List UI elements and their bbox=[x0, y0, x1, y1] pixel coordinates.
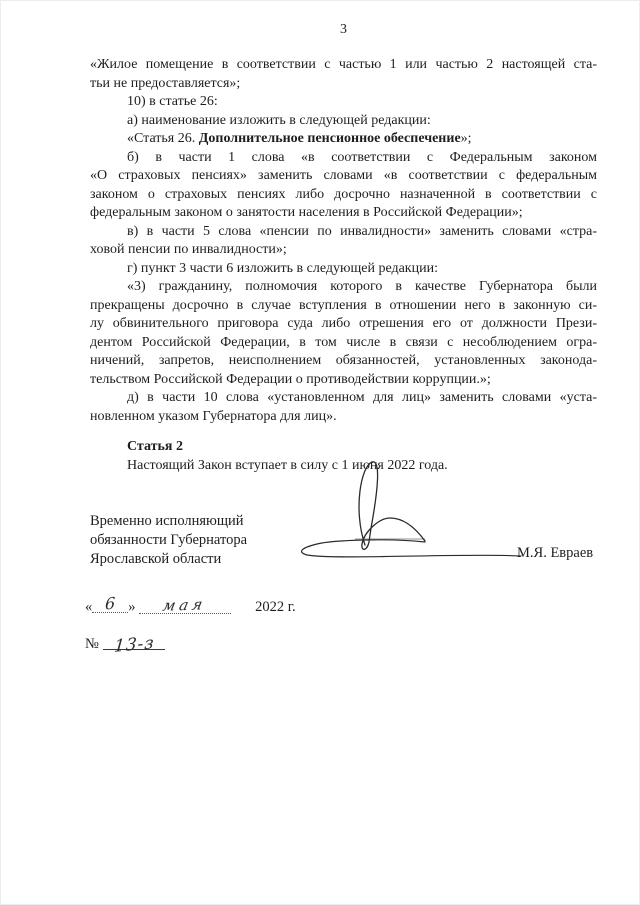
text-line: в) в части 5 слова «пенсии по инвалиднос… bbox=[90, 223, 597, 242]
text-line: «3) гражданину, полномочия которого в ка… bbox=[90, 278, 597, 297]
signature-flourish-stroke bbox=[302, 540, 521, 557]
document-number-line: №13-з bbox=[85, 633, 165, 653]
text-line: новленном указом Губернатора для лиц». bbox=[90, 408, 597, 427]
paragraph: 10) в статье 26: bbox=[90, 93, 597, 112]
text-line: «Статья 26. Дополнительное пенсионное об… bbox=[90, 130, 597, 149]
document-page: 3 «Жилое помещение в соответствии с част… bbox=[0, 0, 640, 905]
number-sign: № bbox=[85, 636, 99, 652]
text-line: тельством Российской Федерации о противо… bbox=[90, 371, 597, 390]
signer-position-block: Временно исполняющий обязанности Губерна… bbox=[90, 512, 247, 569]
text-segment: законом о страховых пенсиях либо досрочн… bbox=[90, 187, 597, 202]
text-segment: тьи не предоставляется»; bbox=[90, 76, 240, 91]
text-segment: в) в части 5 слова «пенсии по инвалиднос… bbox=[127, 224, 597, 239]
handwritten-month: мая bbox=[162, 595, 209, 615]
text-segment: б) в части 1 слова «в соответствии с Фед… bbox=[127, 150, 597, 165]
text-segment: тельством Российской Федерации о противо… bbox=[90, 372, 491, 387]
text-line: федеральным законом о занятости населени… bbox=[90, 204, 597, 223]
number-blank: 13-з bbox=[103, 633, 165, 650]
text-segment: а) наименование изложить в следующей ред… bbox=[127, 113, 431, 128]
paragraph: «Жилое помещение в соответствии с частью… bbox=[90, 56, 597, 93]
paragraph: в) в части 5 слова «пенсии по инвалиднос… bbox=[90, 223, 597, 260]
paragraph: а) наименование изложить в следующей ред… bbox=[90, 112, 597, 131]
text-line: «О страховых пенсиях» заменить словами «… bbox=[90, 167, 597, 186]
text-line: ховой пенсии по инвалидности»; bbox=[90, 241, 597, 260]
text-line: тьи не предоставляется»; bbox=[90, 75, 597, 94]
text-line: лу обвинительного приговора суда либо от… bbox=[90, 315, 597, 334]
signature-stroke bbox=[359, 462, 425, 550]
text-line: б) в части 1 слова «в соответствии с Фед… bbox=[90, 149, 597, 168]
text-line: «Жилое помещение в соответствии с частью… bbox=[90, 56, 597, 75]
text-line: г) пункт 3 части 6 изложить в следующей … bbox=[90, 260, 597, 279]
text-line: д) в части 10 слова «установленном для л… bbox=[90, 389, 597, 408]
page-number: 3 bbox=[90, 22, 597, 38]
text-segment: федеральным законом о занятости населени… bbox=[90, 205, 523, 220]
handwritten-number: 13-з bbox=[113, 633, 155, 657]
year-text: 2022 г. bbox=[255, 599, 296, 615]
bold-text-segment: Дополнительное пенсионное обеспечение bbox=[199, 131, 461, 146]
signer-position-line: обязанности Губернатора bbox=[90, 531, 247, 550]
text-line: прекращены досрочно в случае вступления … bbox=[90, 297, 597, 316]
text-segment: ничений, запретов, неисполнением обязанн… bbox=[90, 353, 597, 368]
text-segment: «Жилое помещение в соответствии с частью… bbox=[90, 57, 597, 72]
text-segment: «Статья 26. bbox=[127, 131, 199, 146]
text-line: законом о страховых пенсиях либо досрочн… bbox=[90, 186, 597, 205]
text-segment: прекращены досрочно в случае вступления … bbox=[90, 298, 597, 313]
month-blank: мая bbox=[139, 597, 231, 614]
bold-text-segment: Статья 2 bbox=[127, 439, 183, 454]
date-line: «6» мая2022 г. bbox=[85, 596, 296, 616]
paragraph: «Статья 26. Дополнительное пенсионное об… bbox=[90, 130, 597, 149]
text-segment: ховой пенсии по инвалидности»; bbox=[90, 242, 287, 257]
text-segment: «3) гражданину, полномочия которого в ка… bbox=[127, 279, 597, 294]
text-line: а) наименование изложить в следующей ред… bbox=[90, 112, 597, 131]
text-segment: 10) в статье 26: bbox=[127, 94, 218, 109]
text-line: 10) в статье 26: bbox=[90, 93, 597, 112]
text-segment: «О страховых пенсиях» заменить словами «… bbox=[90, 168, 597, 183]
day-blank: 6 bbox=[92, 596, 128, 613]
signer-name: М.Я. Евраев bbox=[517, 545, 593, 562]
paragraph: г) пункт 3 части 6 изложить в следующей … bbox=[90, 260, 597, 279]
text-segment: новленном указом Губернатора для лиц». bbox=[90, 409, 337, 424]
handwritten-signature-icon bbox=[295, 450, 535, 565]
text-segment: д) в части 10 слова «установленном для л… bbox=[127, 390, 597, 405]
text-segment: дентом Российской Федерации, в том числе… bbox=[90, 335, 597, 350]
text-segment: г) пункт 3 части 6 изложить в следующей … bbox=[127, 261, 438, 276]
paragraph: «3) гражданину, полномочия которого в ка… bbox=[90, 278, 597, 389]
text-line: ничений, запретов, неисполнением обязанн… bbox=[90, 352, 597, 371]
close-quote: » bbox=[128, 599, 135, 615]
document-body: «Жилое помещение в соответствии с частью… bbox=[90, 56, 597, 475]
paragraph: б) в части 1 слова «в соответствии с Фед… bbox=[90, 149, 597, 223]
open-quote: « bbox=[85, 599, 92, 615]
paragraphs: «Жилое помещение в соответствии с частью… bbox=[90, 56, 597, 475]
signer-position-line: Ярославской области bbox=[90, 550, 247, 569]
text-segment: »; bbox=[461, 131, 472, 146]
handwritten-day: 6 bbox=[105, 593, 116, 613]
text-segment: лу обвинительного приговора суда либо от… bbox=[90, 316, 597, 331]
paragraph: д) в части 10 слова «установленном для л… bbox=[90, 389, 597, 426]
text-line: дентом Российской Федерации, в том числе… bbox=[90, 334, 597, 353]
signer-position-line: Временно исполняющий bbox=[90, 512, 247, 531]
